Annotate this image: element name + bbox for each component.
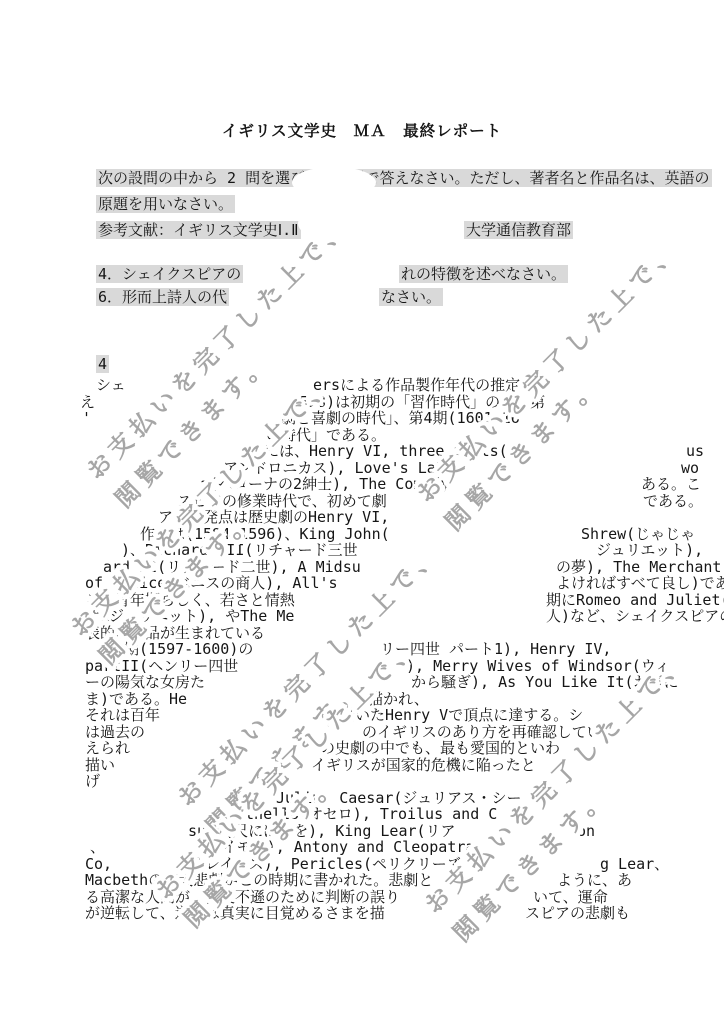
body-line-fragment: partII(ヘンリー四世 [85,658,238,675]
body-line-fragment: 作品は(1594-1596)、King John( [140,526,390,543]
body-line-fragment: る高潔な人間が、傲慢不遜のために判断の誤り [85,889,400,906]
body-line-fragment: 、 [90,839,105,856]
instructions-line-1-text: 次の設問の中から 2 問を選び、日本語で答えなさい。ただし、著者名と作品名は、英… [96,169,712,187]
body-line-fragment: 593)は初期の「習作時代」の劇、第 [299,394,545,411]
body-line-fragment: 品には、Henry VI, three parts(ヘ [249,443,523,460]
body-line-fragment: タイモン), Antony and Cleopatra [207,839,474,856]
question-4-tail-text: れの特徴を述べなさい。 [399,265,568,283]
question-4-tail: れの特徴を述べなさい。 [399,265,568,284]
body-line-fragment: Co, [85,856,112,873]
body-line-fragment: 第3期(1597-1600)の [85,641,253,658]
body-line-fragment: Shrew(じゃじゃ [581,526,695,543]
body-line-fragment: ーの陽気な女房た [85,674,205,691]
body-line-fragment: ように、あ [557,872,632,889]
body-line-fragment: ある。こ [641,476,701,493]
body-line-fragment: us [686,443,704,460]
body-line-fragment: Macbethの四大悲劇がこの時期に書かれた。悲劇と [85,872,433,889]
body-line-fragment: 期にRomeo and Juliet(ロミ [546,592,724,609]
body-line-fragment: ジュリエット), [596,542,703,559]
body-line-fragment: 描かれ、 [368,691,429,708]
body-line-fragment: 表的な作品が生まれている [85,625,265,642]
body-line-fragment: それは百年 [85,707,160,724]
question-6-lead-text: 6．形而上詩人の代 [96,288,229,306]
body-line-fragment: である。 [643,493,703,510]
body-line-fragment: リー四世 パート1), Henry IV, [380,641,611,658]
body-line-fragment: 人)など、シェイクスピアの代 [546,608,724,625]
page-title: イギリス文学史 ＭＡ 最終レポート [0,119,724,141]
publisher-text: 大学通信教育部 [464,221,573,239]
body-line-fragment: 、Othello(オセロ), Troilus and C [221,806,497,823]
body-line-fragment: の史劇の中でも、最も愛国的といわ [320,740,560,757]
body-line-fragment: −。 [263,773,287,790]
body-line-fragment: は過去の [85,724,145,741]
body-line-fragment: いて、運命 [533,889,608,906]
section-marker: 4 [96,355,109,374]
body-line-fragment: る。青年期らしく、若さと情熱 [85,592,295,609]
instructions-line-2-text: 原題を用いなさい。 [96,195,235,213]
body-line-fragment: ), Merry Wives of Windsor(ウィ [406,658,670,675]
question-6-lead: 6．形而上詩人の代 [96,288,229,307]
body-line-fragment: えられ [85,740,130,757]
body-line-fragment: の時代」である。 [266,427,386,444]
reference-label: 参考文献：イギリス文学史Ⅰ.Ⅱ [96,221,301,239]
body-line-fragment: wo [681,460,699,477]
body-line-fragment: ersによる作品製作年代の推定に [313,377,535,394]
body-line-fragment: ま)である。He [85,691,187,708]
body-line-fragment: よければすべて良し)であ [556,575,724,592]
white-mask [298,210,342,237]
body-line-fragment: オレイナス), Pericles(ペリクリーズ [190,856,461,873]
body-line-fragment: of Venice(ベニスの商人), All's [85,575,338,592]
section-marker-text: 4 [96,355,109,373]
body-line-fragment: から騒ぎ), As You Like It(お気に [411,674,679,691]
body-line-fragment: の夢), The Merchant [556,559,721,576]
body-line-fragment: ' [82,410,91,427]
body-line-fragment: 描いたHenry Vで頂点に達する。シ [340,707,583,724]
body-line-fragment: 、イギリスが国家的危機に陥ったと [296,757,536,774]
body-line-fragment: オ&ジュリエット), やThe Me [85,608,294,625]
body-line-fragment: 描い [85,757,115,774]
body-line-fragment: g Lear、 [600,856,669,873]
body-line-fragment: え [80,394,95,411]
instructions-line-1: 次の設問の中から 2 問を選び、日本語で答えなさい。ただし、著者名と作品名は、英… [96,169,712,188]
white-mask [292,167,376,198]
body-line-fragment: 劇と喜劇の時代」、第4期(1601-16 [281,410,520,427]
body-line-fragment: ば、Julius Caesar(ジュリアス・シー [246,790,522,807]
body-line-fragment: げ [85,773,100,790]
question-6-tail: なさい。 [379,288,443,307]
body-line-fragment: シェ [96,377,126,394]
reference-line: 参考文献：イギリス文学史Ⅰ.Ⅱ [96,221,301,240]
body-line-fragment: アンドロニカス), Love's Labo [223,460,454,477]
question-6-tail-text: なさい。 [379,288,443,306]
instructions-line-2: 原題を用いなさい。 [96,195,235,214]
publisher: 大学通信教育部 [464,221,573,240]
body-line-fragment: )、Richard III(リチャード三世 [121,542,358,559]
body-line-fragment: アの出発点は歴史劇のHenry VI, [158,509,389,526]
body-line-fragment: sure(尺には尺を), King Lear(リア [188,823,456,840]
document-page: イギリス文学史 ＭＡ 最終レポート 次の設問の中から 2 問を選び、日本語で答え… [0,0,724,1024]
question-4-lead-text: 4．シェイクスピアの [96,265,243,283]
body-line-fragment: a(ベローナの2紳士), The Comedy [200,476,450,493]
body-line-fragment: on [577,823,595,840]
body-line-fragment: ard II(リチャード二世), A Midsu [103,559,361,576]
body-line-fragment: スピアの悲劇も [525,905,630,922]
body-line-fragment: のイギリスのあり方を再確認してい [362,724,602,741]
body-line-fragment: が逆転して、遂には真実に目覚めるさまを描 [85,905,385,922]
question-4-lead: 4．シェイクスピアの [96,265,243,284]
body-line-fragment: スピアの修業時代で、初めて劇 [177,493,387,510]
